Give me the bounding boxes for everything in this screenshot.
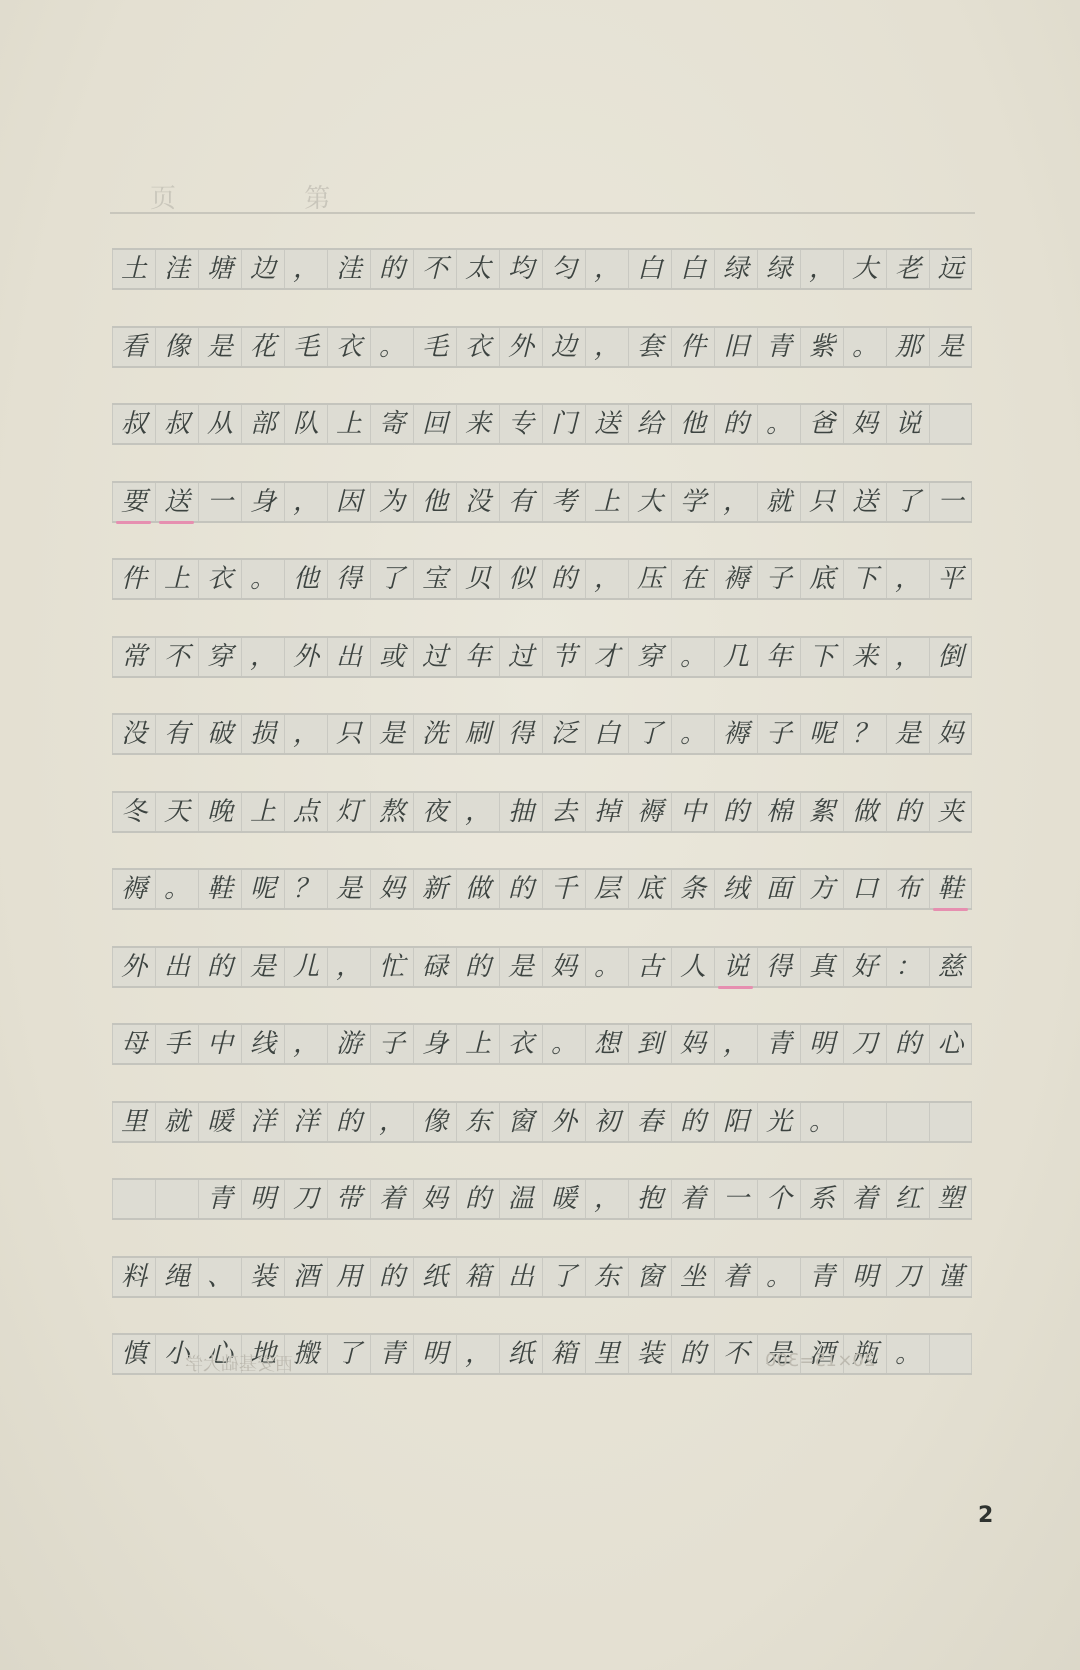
grid-cell: 得 (327, 560, 370, 598)
grid-cell: ， (714, 1025, 757, 1063)
manuscript-line: 青明刀带着妈的温暖，抱着一个系着红塑 (112, 1178, 972, 1220)
grid-cell: 。 (585, 948, 628, 986)
grid-cell: ？ (843, 715, 886, 753)
grid-cell: 的 (370, 1258, 413, 1296)
grid-cell: ， (370, 1103, 413, 1141)
grid-cell: 的 (370, 250, 413, 288)
grid-cell: 上 (456, 1025, 499, 1063)
grid-cell: 褥 (714, 560, 757, 598)
grid-cell: 或 (370, 638, 413, 676)
grid-cell: 妈 (370, 870, 413, 908)
grid-cell: 考 (542, 483, 585, 521)
grid-cell: 一 (198, 483, 241, 521)
manuscript-line: 没有破损，只是洗刷得泛白了。褥子呢？是妈 (112, 713, 972, 755)
grid-cell: 的 (886, 793, 929, 831)
grid-cell: 外 (112, 948, 155, 986)
grid-cell: 洋 (241, 1103, 284, 1141)
grid-cell: 装 (241, 1258, 284, 1296)
grid-cell: 均 (499, 250, 542, 288)
grid-cell: 件 (671, 328, 714, 366)
grid-cell: 没 (112, 715, 155, 753)
grid-cell: 得 (499, 715, 542, 753)
grid-cell (929, 1335, 972, 1373)
grid-cell: 贝 (456, 560, 499, 598)
grid-cell: 套 (628, 328, 671, 366)
manuscript-line: 里就暖洋洋的，像东窗外初春的阳光。 (112, 1101, 972, 1143)
grid-cell: 人 (671, 948, 714, 986)
grid-cell: 好 (843, 948, 886, 986)
grid-cell: 明 (241, 1180, 284, 1218)
grid-cell: 像 (155, 328, 198, 366)
grid-cell: 白 (585, 715, 628, 753)
grid-cell: 着 (843, 1180, 886, 1218)
grid-cell: 儿 (284, 948, 327, 986)
grid-cell: 中 (671, 793, 714, 831)
grid-cell: 了 (327, 1335, 370, 1373)
grid-cell: 了 (628, 715, 671, 753)
grid-cell: 个 (757, 1180, 800, 1218)
grid-cell: 土 (112, 250, 155, 288)
grid-cell: 抱 (628, 1180, 671, 1218)
grid-cell: ， (714, 483, 757, 521)
grid-cell: 温 (499, 1180, 542, 1218)
grid-cell: 得 (757, 948, 800, 986)
grid-cell: ， (886, 638, 929, 676)
grid-cell: 下 (800, 638, 843, 676)
grid-cell (155, 1180, 198, 1218)
grid-cell: 年 (757, 638, 800, 676)
grid-cell: 了 (542, 1258, 585, 1296)
grid-cell: 妈 (413, 1180, 456, 1218)
pink-underline-mark (116, 521, 151, 524)
footer-grid-capacity-bleedthrough: 20×15=300 (765, 1350, 875, 1371)
grid-cell: 太 (456, 250, 499, 288)
grid-cell: 。 (155, 870, 198, 908)
grid-cell: 晚 (198, 793, 241, 831)
grid-cell: 部 (241, 405, 284, 443)
grid-cell: 就 (757, 483, 800, 521)
grid-cell: 褥 (628, 793, 671, 831)
manuscript-line: 件上衣。他得了宝贝似的，压在褥子底下，平 (112, 558, 972, 600)
grid-cell: 洋 (284, 1103, 327, 1141)
manuscript-line: 外出的是儿，忙碌的是妈。古人说得真好：慈 (112, 946, 972, 988)
grid-cell: ， (284, 483, 327, 521)
grid-cell: 有 (499, 483, 542, 521)
grid-cell: 明 (800, 1025, 843, 1063)
grid-cell: 上 (155, 560, 198, 598)
grid-cell: ， (456, 793, 499, 831)
grid-cell: 底 (800, 560, 843, 598)
grid-cell: 是 (886, 715, 929, 753)
grid-cell: 慈 (929, 948, 972, 986)
grid-cell: 。 (843, 328, 886, 366)
header-rule (110, 212, 975, 214)
grid-cell: 口 (843, 870, 886, 908)
grid-cell: 衣 (456, 328, 499, 366)
grid-cell: 旧 (714, 328, 757, 366)
grid-cell: 紫 (800, 328, 843, 366)
manuscript-line: 母手中线，游子身上衣。想到妈，青明刀的心 (112, 1023, 972, 1065)
grid-cell: 看 (112, 328, 155, 366)
grid-cell: 衣 (499, 1025, 542, 1063)
grid-cell: 有 (155, 715, 198, 753)
grid-cell: 送 (585, 405, 628, 443)
grid-cell: 妈 (929, 715, 972, 753)
grid-cell: 线 (241, 1025, 284, 1063)
grid-cell: 泛 (542, 715, 585, 753)
grid-cell: 着 (370, 1180, 413, 1218)
grid-cell: 千 (542, 870, 585, 908)
grid-cell: 了 (370, 560, 413, 598)
grid-cell: 箱 (542, 1335, 585, 1373)
grid-cell: 点 (284, 793, 327, 831)
grid-cell: 东 (456, 1103, 499, 1141)
grid-cell: 冬 (112, 793, 155, 831)
grid-cell: 的 (671, 1335, 714, 1373)
grid-cell: 叔 (112, 405, 155, 443)
grid-cell: 青 (198, 1180, 241, 1218)
grid-cell: 那 (886, 328, 929, 366)
grid-cell: 酒 (284, 1258, 327, 1296)
grid-cell: 专 (499, 405, 542, 443)
grid-cell: 鞋 (198, 870, 241, 908)
grid-cell: 边 (241, 250, 284, 288)
grid-cell: 里 (585, 1335, 628, 1373)
grid-cell: 呢 (241, 870, 284, 908)
grid-cell: 学 (671, 483, 714, 521)
grid-cell: 因 (327, 483, 370, 521)
grid-cell: 出 (155, 948, 198, 986)
grid-cell: 来 (843, 638, 886, 676)
grid-cell: 年 (456, 638, 499, 676)
grid-cell: 纸 (413, 1258, 456, 1296)
grid-cell: 似 (499, 560, 542, 598)
grid-cell: 的 (542, 560, 585, 598)
manuscript-line: 褥。鞋呢？是妈新做的千层底条绒面方口布鞋 (112, 868, 972, 910)
grid-cell: 没 (456, 483, 499, 521)
grid-cell: 青 (800, 1258, 843, 1296)
grid-cell: 从 (198, 405, 241, 443)
grid-cell: 妈 (843, 405, 886, 443)
grid-cell: 外 (284, 638, 327, 676)
grid-cell (112, 1180, 155, 1218)
grid-cell: 就 (155, 1103, 198, 1141)
grid-cell: 、 (198, 1258, 241, 1296)
grid-cell: 。 (241, 560, 284, 598)
grid-cell: 布 (886, 870, 929, 908)
manuscript-line: 常不穿，外出或过年过节才穿。几年下来，倒 (112, 636, 972, 678)
grid-cell: 绳 (155, 1258, 198, 1296)
grid-cell: 用 (327, 1258, 370, 1296)
grid-cell: 中 (198, 1025, 241, 1063)
grid-cell: 子 (757, 715, 800, 753)
grid-cell: 穿 (628, 638, 671, 676)
grid-cell: 不 (714, 1335, 757, 1373)
grid-cell: 叔 (155, 405, 198, 443)
grid-cell: 来 (456, 405, 499, 443)
manuscript-line: 叔叔从部队上寄回来专门送给他的。爸妈说 (112, 403, 972, 445)
grid-cell: 想 (585, 1025, 628, 1063)
grid-cell: 为 (370, 483, 413, 521)
pink-underline-mark (718, 986, 753, 989)
grid-cell: ， (585, 250, 628, 288)
grid-cell: ， (585, 1180, 628, 1218)
grid-cell: 带 (327, 1180, 370, 1218)
grid-cell: 给 (628, 405, 671, 443)
grid-cell: ， (585, 560, 628, 598)
grid-cell: 是 (198, 328, 241, 366)
grid-cell: 子 (370, 1025, 413, 1063)
grid-cell (929, 1103, 972, 1141)
grid-cell: 真 (800, 948, 843, 986)
grid-cell: 了 (886, 483, 929, 521)
grid-cell: 衣 (198, 560, 241, 598)
grid-cell: 的 (714, 405, 757, 443)
grid-cell: 回 (413, 405, 456, 443)
grid-cell: ， (585, 328, 628, 366)
grid-cell: 着 (671, 1180, 714, 1218)
grid-cell: 洗 (413, 715, 456, 753)
grid-cell: 方 (800, 870, 843, 908)
grid-cell: 出 (499, 1258, 542, 1296)
grid-cell: 子 (757, 560, 800, 598)
grid-cell: 暖 (198, 1103, 241, 1141)
grid-cell: 青 (757, 1025, 800, 1063)
grid-cell: 的 (456, 1180, 499, 1218)
grid-cell: 破 (198, 715, 241, 753)
grid-cell: 。 (370, 328, 413, 366)
grid-cell: 塑 (929, 1180, 972, 1218)
grid-cell: 里 (112, 1103, 155, 1141)
grid-cell: 只 (327, 715, 370, 753)
grid-cell: ， (456, 1335, 499, 1373)
grid-cell: 明 (843, 1258, 886, 1296)
grid-cell: 过 (499, 638, 542, 676)
grid-cell: 忙 (370, 948, 413, 986)
grid-cell: 不 (155, 638, 198, 676)
grid-cell: ， (284, 1025, 327, 1063)
grid-cell: 天 (155, 793, 198, 831)
grid-cell: 毛 (413, 328, 456, 366)
grid-cell: 过 (413, 638, 456, 676)
grid-cell: ， (327, 948, 370, 986)
grid-cell: 件 (112, 560, 155, 598)
grid-cell: 初 (585, 1103, 628, 1141)
grid-cell: 窗 (628, 1258, 671, 1296)
page-number: 2 (978, 1503, 993, 1528)
pink-underline-mark (933, 908, 968, 911)
grid-cell: 下 (843, 560, 886, 598)
grid-cell: 洼 (327, 250, 370, 288)
grid-cell: 的 (327, 1103, 370, 1141)
grid-cell: 青 (757, 328, 800, 366)
grid-cell: 做 (843, 793, 886, 831)
grid-cell: 刀 (284, 1180, 327, 1218)
manuscript-line: 要送一身，因为他没有考上大学，就只送了一 (112, 481, 972, 523)
grid-cell: 光 (757, 1103, 800, 1141)
grid-cell: 才 (585, 638, 628, 676)
grid-cell: 衣 (327, 328, 370, 366)
grid-cell: ， (800, 250, 843, 288)
grid-cell: 掉 (585, 793, 628, 831)
grid-cell: 上 (241, 793, 284, 831)
grid-cell: 他 (413, 483, 456, 521)
grid-cell: 身 (413, 1025, 456, 1063)
grid-cell: 去 (542, 793, 585, 831)
grid-cell: ， (241, 638, 284, 676)
grid-cell: 是 (370, 715, 413, 753)
grid-cell: 。 (757, 1258, 800, 1296)
grid-cell: 队 (284, 405, 327, 443)
grid-cell: 老 (886, 250, 929, 288)
grid-cell: 明 (413, 1335, 456, 1373)
grid-cell: 要 (112, 483, 155, 521)
grid-cell: 外 (499, 328, 542, 366)
grid-cell: 刷 (456, 715, 499, 753)
grid-cell: 外 (542, 1103, 585, 1141)
grid-cell: 是 (327, 870, 370, 908)
grid-cell: ， (284, 250, 327, 288)
grid-cell: 絮 (800, 793, 843, 831)
grid-cell: 倒 (929, 638, 972, 676)
grid-cell: 呢 (800, 715, 843, 753)
grid-cell: 大 (628, 483, 671, 521)
grid-cell: 毛 (284, 328, 327, 366)
grid-cell (843, 1103, 886, 1141)
grid-cell: 碌 (413, 948, 456, 986)
grid-cell: 做 (456, 870, 499, 908)
grid-cell: 阳 (714, 1103, 757, 1141)
grid-cell: 刀 (886, 1258, 929, 1296)
grid-cell: 窗 (499, 1103, 542, 1141)
grid-cell: 暖 (542, 1180, 585, 1218)
manuscript-line: 冬天晚上点灯熬夜，抽去掉褥中的棉絮做的夹 (112, 791, 972, 833)
grid-cell: 褥 (714, 715, 757, 753)
grid-cell: 匀 (542, 250, 585, 288)
grid-cell: 。 (757, 405, 800, 443)
grid-cell: 远 (929, 250, 972, 288)
grid-cell: 不 (413, 250, 456, 288)
writing-grid: 土洼塘边，洼的不太均匀，白白绿绿，大老远看像是花毛衣。毛衣外边，套件旧青紫。那是… (112, 248, 972, 1411)
grid-cell: 塘 (198, 250, 241, 288)
grid-cell: 是 (929, 328, 972, 366)
grid-cell: 熬 (370, 793, 413, 831)
grid-cell: 纸 (499, 1335, 542, 1373)
grid-cell: 身 (241, 483, 284, 521)
grid-cell: 平 (929, 560, 972, 598)
grid-cell: 条 (671, 870, 714, 908)
grid-cell: 他 (284, 560, 327, 598)
grid-cell: 褥 (112, 870, 155, 908)
grid-cell: 一 (929, 483, 972, 521)
manuscript-line: 看像是花毛衣。毛衣外边，套件旧青紫。那是 (112, 326, 972, 368)
grid-cell: 。 (542, 1025, 585, 1063)
grid-cell: 红 (886, 1180, 929, 1218)
grid-cell: 面 (757, 870, 800, 908)
grid-cell: 。 (800, 1103, 843, 1141)
page-header-faint: 页 第 (150, 178, 390, 215)
grid-cell: 新 (413, 870, 456, 908)
grid-cell: 刀 (843, 1025, 886, 1063)
grid-cell: 他 (671, 405, 714, 443)
grid-cell: 白 (671, 250, 714, 288)
grid-cell: 穿 (198, 638, 241, 676)
grid-cell: 。 (671, 715, 714, 753)
grid-cell: 花 (241, 328, 284, 366)
grid-cell (886, 1103, 929, 1141)
grid-cell: 上 (585, 483, 628, 521)
grid-cell: 青 (370, 1335, 413, 1373)
grid-cell: 坐 (671, 1258, 714, 1296)
grid-cell: 送 (843, 483, 886, 521)
grid-cell: 夜 (413, 793, 456, 831)
grid-cell: 的 (499, 870, 542, 908)
grid-cell: 大 (843, 250, 886, 288)
footer-publisher-bleedthrough: 西安基础大学 (185, 1350, 293, 1376)
grid-cell: 装 (628, 1335, 671, 1373)
grid-cell: 压 (628, 560, 671, 598)
grid-cell: ： (886, 948, 929, 986)
grid-cell: 料 (112, 1258, 155, 1296)
grid-cell: 妈 (671, 1025, 714, 1063)
grid-cell: 只 (800, 483, 843, 521)
manuscript-page: 页 第 土洼塘边，洼的不太均匀，白白绿绿，大老远看像是花毛衣。毛衣外边，套件旧青… (0, 0, 1080, 1670)
grid-cell: 层 (585, 870, 628, 908)
grid-cell: 鞋 (929, 870, 972, 908)
grid-cell: 手 (155, 1025, 198, 1063)
grid-cell: 夹 (929, 793, 972, 831)
grid-cell: 母 (112, 1025, 155, 1063)
grid-cell: 一 (714, 1180, 757, 1218)
grid-cell (929, 405, 972, 443)
grid-cell: 损 (241, 715, 284, 753)
grid-cell: 春 (628, 1103, 671, 1141)
grid-cell: 白 (628, 250, 671, 288)
grid-cell: 绿 (714, 250, 757, 288)
grid-cell: 出 (327, 638, 370, 676)
grid-cell: ？ (284, 870, 327, 908)
grid-cell: 东 (585, 1258, 628, 1296)
grid-cell: 节 (542, 638, 585, 676)
grid-cell: 几 (714, 638, 757, 676)
grid-cell: 。 (886, 1335, 929, 1373)
grid-cell: 的 (456, 948, 499, 986)
grid-cell: 在 (671, 560, 714, 598)
grid-cell: ， (886, 560, 929, 598)
grid-cell: 抽 (499, 793, 542, 831)
grid-cell: 慎 (112, 1335, 155, 1373)
grid-cell: 送 (155, 483, 198, 521)
grid-cell: 系 (800, 1180, 843, 1218)
grid-cell: 妈 (542, 948, 585, 986)
grid-cell: 着 (714, 1258, 757, 1296)
grid-cell: 的 (714, 793, 757, 831)
grid-cell: 是 (241, 948, 284, 986)
grid-cell: 游 (327, 1025, 370, 1063)
grid-cell: 绿 (757, 250, 800, 288)
grid-cell: 的 (198, 948, 241, 986)
grid-cell: 灯 (327, 793, 370, 831)
grid-cell: 洼 (155, 250, 198, 288)
grid-cell: 。 (671, 638, 714, 676)
grid-cell: 门 (542, 405, 585, 443)
grid-cell: 说 (886, 405, 929, 443)
grid-cell: 上 (327, 405, 370, 443)
grid-cell: 像 (413, 1103, 456, 1141)
pink-underline-mark (159, 521, 194, 524)
grid-cell: 底 (628, 870, 671, 908)
grid-cell: 是 (499, 948, 542, 986)
